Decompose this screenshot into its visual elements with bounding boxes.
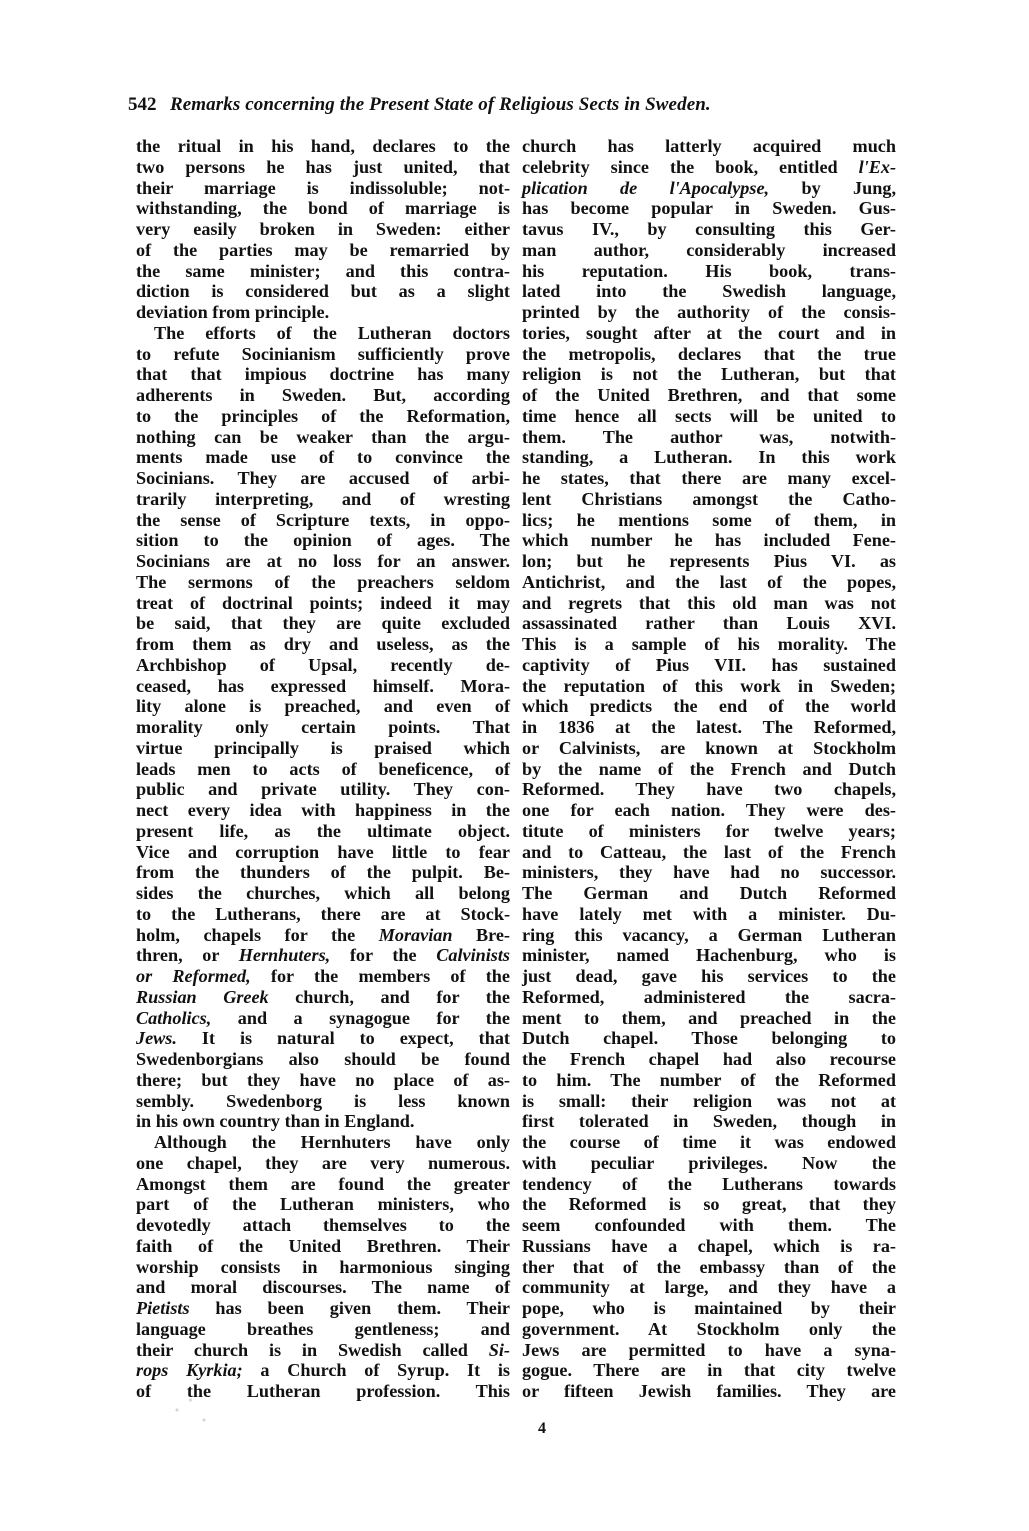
text-line: the Reformed is so great, that they xyxy=(522,1194,896,1215)
text-line: in his own country than in England. xyxy=(136,1111,510,1132)
text-line: pope, who is maintained by their xyxy=(522,1298,896,1319)
text-line: that that impious doctrine has many xyxy=(136,364,510,385)
text-line: Russian Greek church, and for the xyxy=(136,987,510,1008)
text-span: has been given them. Their xyxy=(190,1298,510,1318)
text-line: withstanding, the bond of marriage is xyxy=(136,198,510,219)
text-line: Jews are permitted to have a syna- xyxy=(522,1340,896,1361)
text-line: Dutch chapel. Those belonging to xyxy=(522,1028,896,1049)
text-line: sition to the opinion of ages. The xyxy=(136,530,510,551)
text-line: very easily broken in Sweden: either xyxy=(136,219,510,240)
text-line: diction is considered but as a slight xyxy=(136,281,510,302)
text-line: Jews. It is natural to expect, that xyxy=(136,1028,510,1049)
text-line: holm, chapels for the Moravian Bre- xyxy=(136,925,510,946)
text-line: seem confounded with them. The xyxy=(522,1215,896,1236)
text-line: worship consists in harmonious singing xyxy=(136,1257,510,1278)
page-number: 542 xyxy=(128,94,157,116)
text-line: with peculiar privileges. Now the xyxy=(522,1153,896,1174)
text-line: which predicts the end of the world xyxy=(522,696,896,717)
text-line: leads men to acts of beneficence, of xyxy=(136,759,510,780)
right-column: church has latterly acquired muchcelebri… xyxy=(522,136,896,1402)
italic-text: Moravian xyxy=(379,925,453,945)
text-span: thren, or xyxy=(136,945,239,965)
text-line: virtue principally is praised which xyxy=(136,738,510,759)
text-line: ministers, they have had no successor. xyxy=(522,862,896,883)
text-line: minister, named Hachenburg, who is xyxy=(522,945,896,966)
text-line: just dead, gave his services to the xyxy=(522,966,896,987)
text-line: or Calvinists, are known at Stockholm xyxy=(522,738,896,759)
text-line: them. The author was, notwith- xyxy=(522,427,896,448)
text-line: and regrets that this old man was not xyxy=(522,593,896,614)
text-line: has become popular in Sweden. Gus- xyxy=(522,198,896,219)
text-line: The German and Dutch Reformed xyxy=(522,883,896,904)
text-line: to him. The number of the Reformed xyxy=(522,1070,896,1091)
text-span: a Church of Syrup. It is xyxy=(243,1360,510,1380)
text-line: Swedenborgians also should be found xyxy=(136,1049,510,1070)
text-line: church has latterly acquired much xyxy=(522,136,896,157)
text-line: lics; he mentions some of them, in xyxy=(522,510,896,531)
text-line: which number he has included Fene- xyxy=(522,530,896,551)
italic-text: Russian Greek xyxy=(136,987,269,1007)
text-line: ceased, has expressed himself. Mora- xyxy=(136,676,510,697)
text-line: two persons he has just united, that xyxy=(136,157,510,178)
text-line: and moral discourses. The name of xyxy=(136,1277,510,1298)
text-line: public and private utility. They con- xyxy=(136,779,510,800)
text-line: standing, a Lutheran. In this work xyxy=(522,447,896,468)
text-line: rops Kyrkia; a Church of Syrup. It is xyxy=(136,1360,510,1381)
text-line: the sense of Scripture texts, in oppo- xyxy=(136,510,510,531)
text-line: man author, considerably increased xyxy=(522,240,896,261)
document-page: 542 Remarks concerning the Present State… xyxy=(0,0,1029,1531)
italic-text: Pietists xyxy=(136,1298,190,1318)
text-line: plication de l'Apocalypse, by Jung, xyxy=(522,178,896,199)
text-line: deviation from principle. xyxy=(136,302,510,323)
signature-mark: 4 xyxy=(538,1420,546,1438)
text-line: celebrity since the book, entitled l'Ex- xyxy=(522,157,896,178)
text-line: lent Christians amongst the Catho- xyxy=(522,489,896,510)
text-line: Antichrist, and the last of the popes, xyxy=(522,572,896,593)
text-line: from the thunders of the pulpit. Be- xyxy=(136,862,510,883)
text-line: one chapel, they are very numerous. xyxy=(136,1153,510,1174)
text-line: the course of time it was endowed xyxy=(522,1132,896,1153)
ink-smudge xyxy=(150,1390,240,1440)
text-line: Reformed. They have two chapels, xyxy=(522,779,896,800)
text-line: gogue. There are in that city twelve xyxy=(522,1360,896,1381)
text-line: Catholics, and a synagogue for the xyxy=(136,1008,510,1029)
text-line: thren, or Hernhuters, for the Calvinists xyxy=(136,945,510,966)
text-line: the French chapel had also recourse xyxy=(522,1049,896,1070)
italic-text: Hernhuters, xyxy=(239,945,330,965)
text-span: celebrity since the book, entitled xyxy=(522,157,859,177)
text-line: Socinians are at no loss for an answer. xyxy=(136,551,510,572)
italic-text: Calvinists xyxy=(436,945,510,965)
text-line: their marriage is indissoluble; not- xyxy=(136,178,510,199)
italic-text: l'Ex- xyxy=(859,157,896,177)
text-line: Archbishop of Upsal, recently de- xyxy=(136,655,510,676)
text-line: government. At Stockholm only the xyxy=(522,1319,896,1340)
text-line: faith of the United Brethren. Their xyxy=(136,1236,510,1257)
text-line: tavus IV., by consulting this Ger- xyxy=(522,219,896,240)
text-line: captivity of Pius VII. has sustained xyxy=(522,655,896,676)
italic-text: Jews. xyxy=(136,1028,177,1048)
text-line: lon; but he represents Pius VI. as xyxy=(522,551,896,572)
text-line: first tolerated in Sweden, though in xyxy=(522,1111,896,1132)
text-line: printed by the authority of the consis- xyxy=(522,302,896,323)
text-line: be said, that they are quite excluded xyxy=(136,613,510,634)
text-line: The sermons of the preachers seldom xyxy=(136,572,510,593)
text-line: nect every idea with happiness in the xyxy=(136,800,510,821)
text-line: Russians have a chapel, which is ra- xyxy=(522,1236,896,1257)
text-line: to the Lutherans, there are at Stock- xyxy=(136,904,510,925)
text-line: their church is in Swedish called Si- xyxy=(136,1340,510,1361)
text-line: in 1836 at the latest. The Reformed, xyxy=(522,717,896,738)
italic-text: Catholics, xyxy=(136,1008,211,1028)
text-line: he states, that there are many excel- xyxy=(522,468,896,489)
italic-text: plication de l'Apocalypse, xyxy=(522,178,769,198)
text-line: morality only certain points. That xyxy=(136,717,510,738)
text-line: lated into the Swedish language, xyxy=(522,281,896,302)
text-line: ments made use of to convince the xyxy=(136,447,510,468)
text-line: religion is not the Lutheran, but that xyxy=(522,364,896,385)
text-line: community at large, and they have a xyxy=(522,1277,896,1298)
text-span: their church is in Swedish called xyxy=(136,1340,489,1360)
page-header: 542 Remarks concerning the Present State… xyxy=(128,94,898,122)
text-span: church, and for the xyxy=(269,987,510,1007)
text-line: Although the Hernhuters have only xyxy=(136,1132,510,1153)
text-line: have lately met with a minister. Du- xyxy=(522,904,896,925)
text-line: titute of ministers for twelve years; xyxy=(522,821,896,842)
text-line: tendency of the Lutherans towards xyxy=(522,1174,896,1195)
text-line: sides the churches, which all belong xyxy=(136,883,510,904)
italic-text: rops Kyrkia; xyxy=(136,1360,243,1380)
text-line: one for each nation. They were des- xyxy=(522,800,896,821)
text-line: and to Catteau, the last of the French xyxy=(522,842,896,863)
text-span: holm, chapels for the xyxy=(136,925,379,945)
text-line: assassinated rather than Louis XVI. xyxy=(522,613,896,634)
text-line: to refute Socinianism sufficiently prove xyxy=(136,344,510,365)
text-line: Vice and corruption have little to fear xyxy=(136,842,510,863)
left-column: the ritual in his hand, declares to thet… xyxy=(136,136,510,1402)
text-line: language breathes gentleness; and xyxy=(136,1319,510,1340)
text-line: the same minister; and this contra- xyxy=(136,261,510,282)
text-line: This is a sample of his morality. The xyxy=(522,634,896,655)
text-line: sembly. Swedenborg is less known xyxy=(136,1091,510,1112)
text-line: The efforts of the Lutheran doctors xyxy=(136,323,510,344)
text-line: lity alone is preached, and even of xyxy=(136,696,510,717)
text-line: the reputation of this work in Sweden; xyxy=(522,676,896,697)
text-span: and a synagogue for the xyxy=(211,1008,510,1028)
text-line: by the name of the French and Dutch xyxy=(522,759,896,780)
text-line: ring this vacancy, a German Lutheran xyxy=(522,925,896,946)
text-line: time hence all sects will be united to xyxy=(522,406,896,427)
text-line: the ritual in his hand, declares to the xyxy=(136,136,510,157)
text-line: to the principles of the Reformation, xyxy=(136,406,510,427)
text-line: or Reformed, for the members of the xyxy=(136,966,510,987)
text-line: or fifteen Jewish families. They are xyxy=(522,1381,896,1402)
text-line: adherents in Sweden. But, according xyxy=(136,385,510,406)
text-line: Socinians. They are accused of arbi- xyxy=(136,468,510,489)
text-line: trarily interpreting, and of wresting xyxy=(136,489,510,510)
text-line: his reputation. His book, trans- xyxy=(522,261,896,282)
text-line: the metropolis, declares that the true xyxy=(522,344,896,365)
text-line: nothing can be weaker than the argu- xyxy=(136,427,510,448)
text-span: for the xyxy=(330,945,436,965)
text-line: of the parties may be remarried by xyxy=(136,240,510,261)
text-span: by Jung, xyxy=(769,178,896,198)
text-line: is small: their religion was not at xyxy=(522,1091,896,1112)
italic-text: or Reformed, xyxy=(136,966,251,986)
text-line: Amongst them are found the greater xyxy=(136,1174,510,1195)
text-line: tories, sought after at the court and in xyxy=(522,323,896,344)
text-line: treat of doctrinal points; indeed it may xyxy=(136,593,510,614)
text-span: Bre- xyxy=(452,925,510,945)
text-line: Reformed, administered the sacra- xyxy=(522,987,896,1008)
text-line: Pietists has been given them. Their xyxy=(136,1298,510,1319)
text-line: ment to them, and preached in the xyxy=(522,1008,896,1029)
text-line: from them as dry and useless, as the xyxy=(136,634,510,655)
running-title: Remarks concerning the Present State of … xyxy=(170,94,711,116)
text-line: devotedly attach themselves to the xyxy=(136,1215,510,1236)
text-span: It is natural to expect, that xyxy=(177,1028,510,1048)
text-span: for the members of the xyxy=(251,966,510,986)
text-line: there; but they have no place of as- xyxy=(136,1070,510,1091)
text-line: ther that of the embassy than of the xyxy=(522,1257,896,1278)
italic-text: Si- xyxy=(489,1340,510,1360)
text-line: part of the Lutheran ministers, who xyxy=(136,1194,510,1215)
text-line: of the United Brethren, and that some xyxy=(522,385,896,406)
text-line: present life, as the ultimate object. xyxy=(136,821,510,842)
